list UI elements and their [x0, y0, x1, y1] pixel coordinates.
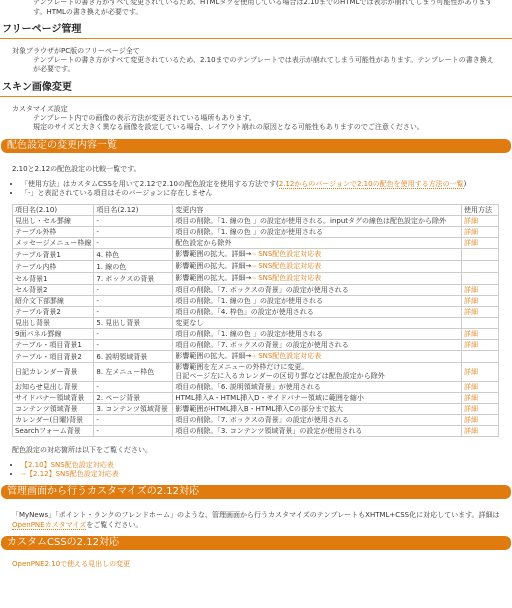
cell-usage: 詳細: [462, 216, 499, 227]
cell-usage: [462, 318, 499, 329]
cell-usage: 詳細: [462, 227, 499, 238]
table-row: テーブル外枠-項目の削除。「1. 線の色 」の設定が使用される詳細: [13, 227, 499, 238]
cell-usage: 詳細: [462, 382, 499, 393]
table-row: テーブル背景14. 枠色影響範囲の拡大。詳細→⇨ SNS配色設定対応表: [13, 249, 499, 261]
cell-change: 影響範囲の拡大。詳細→⇨ SNS配色設定対応表: [173, 273, 462, 285]
cell-name-212: -: [94, 382, 173, 393]
table-body: 見出し・セル罫線-項目の削除。「1. 線の色 」の設定が使用される。inputタ…: [13, 216, 499, 437]
cell-usage: [462, 261, 499, 273]
cell-name-212: -: [94, 340, 173, 351]
cell-change: 項目の削除。「1. 線の色 」の設定が使用される。inputタグの線色は配色設定…: [173, 216, 462, 227]
cell-change: 項目の削除。「7. ボックスの背景」の設定が使用される: [173, 340, 462, 351]
change-text: 影響範囲の拡大。詳細→: [175, 250, 251, 258]
cell-change: 影響範囲がHTML挿入B・HTML挿入Cの部分まで拡大: [173, 404, 462, 415]
change-text: 変更なし: [175, 319, 203, 327]
change-text: 項目の削除。「3. コンテンツ領域背景」の設定が使用される: [175, 427, 362, 435]
sns-color-map-link[interactable]: SNS配色設定対応表: [258, 352, 321, 360]
cell-change: 影響範囲を左メニューの外枠だけに変更。日記ページ左に入るカレンダーの区切り罫など…: [173, 363, 462, 382]
cell-name-212: -: [94, 227, 173, 238]
sns-color-map-link[interactable]: SNS配色設定対応表: [258, 262, 321, 270]
cell-usage: 詳細: [462, 285, 499, 296]
cell-name-210: 日記カレンダー背景: [13, 363, 94, 382]
cell-name-212: -: [94, 329, 173, 340]
header-usage: 使用方法: [462, 205, 499, 216]
cell-name-210: テーブル背景1: [13, 249, 94, 261]
change-text: 項目の削除。「7. ボックスの背景」の設定が使用される: [175, 286, 348, 294]
cell-change: 項目の削除。「3. コンテンツ領域背景」の設定が使用される: [173, 426, 462, 437]
cell-change: 項目の削除。「1. 線の色 」の設定が使用される: [173, 329, 462, 340]
table-header-row: 項目名(2.10) 項目名(2.12) 変更内容 使用方法: [13, 205, 499, 216]
change-text: 項目の削除。「1. 線の色 」の設定が使用される。inputタグの線色は配色設定…: [175, 217, 446, 225]
change-text: 影響範囲を左メニューの外枠だけに変更。: [175, 363, 308, 371]
cell-change: 項目の削除。「7. ボックスの背景」の設定が使用される: [173, 285, 462, 296]
table-row: テーブル背景2-項目の削除。「4. 枠色」の設定が使用される詳細: [13, 307, 499, 318]
detail-link[interactable]: 詳細: [464, 427, 478, 435]
cell-name-210: セル背景2: [13, 285, 94, 296]
cell-usage: 詳細: [462, 404, 499, 415]
detail-link[interactable]: 詳細: [464, 368, 478, 376]
cell-name-210: 見出し・セル罫線: [13, 216, 94, 227]
cell-name-210: カレンダー(日曜)背景: [13, 415, 94, 426]
list-item: ⇨【2.12】SNS配色設定対応表: [21, 470, 512, 479]
color-note-dash: 「-」と表記されている項目はそのバージョンに存在しません: [21, 189, 512, 198]
color-map-links: 【2.10】SNS配色設定対応表 ⇨【2.12】SNS配色設定対応表: [0, 461, 512, 479]
cell-change: 項目の削除。「4. 枠色」の設定が使用される: [173, 307, 462, 318]
cell-usage: 詳細: [462, 307, 499, 318]
change-text: 配色設定から除外: [175, 239, 231, 247]
detail-link[interactable]: 詳細: [464, 286, 478, 294]
cell-name-210: テーブル・項目背景1: [13, 340, 94, 351]
cell-name-210: 9面パネル罫線: [13, 329, 94, 340]
cell-usage: 詳細: [462, 340, 499, 351]
heading-skin-image: スキン画像変更: [0, 81, 512, 97]
cell-name-212: -: [94, 296, 173, 307]
header-name-210: 項目名(2.10): [13, 205, 94, 216]
change-text: 項目の削除。「1. 線の色 」の設定が使用される: [175, 330, 323, 338]
change-text-2: 日記ページ左に入るカレンダーの区切り罫などは配色設定から除外: [175, 372, 384, 380]
change-text: 項目の削除。「1. 線の色 」の設定が使用される: [175, 228, 323, 236]
cell-name-210: Searchフォーム背景: [13, 426, 94, 437]
detail-link[interactable]: 詳細: [464, 383, 478, 391]
cell-name-212: 8. 左メニュー枠色: [94, 363, 173, 382]
cell-usage: 詳細: [462, 296, 499, 307]
color-after-text: 配色設定の対応箇所は以下をご覧ください。: [0, 445, 512, 455]
table-row: テーブル・項目背景26. 説明領域背景影響範囲の拡大。詳細→⇨ SNS配色設定対…: [13, 351, 499, 363]
cell-usage: 詳細: [462, 329, 499, 340]
cell-usage: [462, 273, 499, 285]
skin-image-desc2: 規定のサイズと大きく異なる画像を設定している場合、レイアウト崩れの原因となる可能…: [0, 123, 512, 132]
table-row: テーブル・項目背景1-項目の削除。「7. ボックスの背景」の設定が使用される詳細: [13, 340, 499, 351]
cell-change: 影響範囲の拡大。詳細→⇨ SNS配色設定対応表: [173, 261, 462, 273]
table-row: カレンダー(日曜)背景-項目の削除。「7. ボックスの背景」の設定が使用される詳…: [13, 415, 499, 426]
cell-name-212: -: [94, 216, 173, 227]
table-row: テーブル内枠1. 線の色影響範囲の拡大。詳細→⇨ SNS配色設定対応表: [13, 261, 499, 273]
free-page-term: 対象ブラウザがPC版のフリーページ全て: [0, 47, 512, 56]
cell-change: 項目の削除。「6. 説明領域背景」が使用される: [173, 382, 462, 393]
detail-link[interactable]: 詳細: [464, 217, 478, 225]
table-row: 日記カレンダー背景8. 左メニュー枠色影響範囲を左メニューの外枠だけに変更。日記…: [13, 363, 499, 382]
cell-name-212: 5. 見出し背景: [94, 318, 173, 329]
sns-color-map-link[interactable]: SNS配色設定対応表: [258, 274, 321, 282]
cell-name-212: -: [94, 415, 173, 426]
free-page-desc1: テンプレートの書き方がすべて変更されているため、2.10までのテンプレートでは表…: [0, 56, 512, 65]
detail-link[interactable]: 詳細: [464, 297, 478, 305]
heading-admin-customize: 管理画面から行うカスタマイズの2.12対応: [1, 485, 511, 499]
cell-name-212: -: [94, 307, 173, 318]
heading-custom-css: カスタムCSSの2.12対応: [1, 536, 511, 550]
template-note-line2: す。HTMLの書き換えが必要です。: [0, 7, 512, 17]
cell-name-210: テーブル内枠: [13, 261, 94, 273]
cell-change: 影響範囲の拡大。詳細→⇨ SNS配色設定対応表: [173, 249, 462, 261]
table-row: 見出し背景5. 見出し背景 変更なし: [13, 318, 499, 329]
detail-link[interactable]: 詳細: [464, 228, 478, 236]
change-text: 影響範囲がHTML挿入B・HTML挿入Cの部分まで拡大: [175, 405, 343, 413]
cell-usage: 詳細: [462, 415, 499, 426]
cell-name-212: 7. ボックスの背景: [94, 273, 173, 285]
detail-link[interactable]: 詳細: [464, 416, 478, 424]
table-row: お知らせ見出し背景-項目の削除。「6. 説明領域背景」が使用される詳細: [13, 382, 499, 393]
table-row: Searchフォーム背景-項目の削除。「3. コンテンツ領域背景」の設定が使用さ…: [13, 426, 499, 437]
cell-name-212: 6. 説明領域背景: [94, 351, 173, 363]
table-row: コンテンツ領域背景3. コンテンツ領域背景影響範囲がHTML挿入B・HTML挿入…: [13, 404, 499, 415]
detail-link[interactable]: 詳細: [464, 341, 478, 349]
cell-name-212: -: [94, 426, 173, 437]
heading-color-changes: 配色設定の変更内容一覧: [1, 139, 511, 153]
cell-usage: 詳細: [462, 393, 499, 404]
heading-free-page: フリーページ管理: [0, 23, 512, 39]
cell-usage: 詳細: [462, 238, 499, 249]
detail-link[interactable]: 詳細: [464, 394, 478, 402]
cell-change: 項目の削除。「1. 線の色 」の設定が使用される: [173, 296, 462, 307]
detail-link[interactable]: 詳細: [464, 405, 478, 413]
table-row: セル背景17. ボックスの背景影響範囲の拡大。詳細→⇨ SNS配色設定対応表: [13, 273, 499, 285]
cell-name-210: メッセージメニュー枠線: [13, 238, 94, 249]
cell-name-210: テーブル・項目背景2: [13, 351, 94, 363]
detail-link[interactable]: 詳細: [464, 239, 478, 247]
table-row: サイドバナー領域背景2. ページ背景HTML挿入A・HTML挿入D・サイドバナー…: [13, 393, 499, 404]
change-text: 項目の削除。「6. 説明領域背景」が使用される: [175, 383, 320, 391]
custom-css-link-line: OpenPNE2.10で使える見出しの変更: [0, 559, 512, 569]
cell-name-210: コンテンツ領域背景: [13, 404, 94, 415]
sns-color-map-link[interactable]: SNS配色設定対応表: [258, 250, 321, 258]
change-text: 項目の削除。「7. ボックスの背景」の設定が使用される: [175, 416, 348, 424]
cell-name-212: 2. ページ背景: [94, 393, 173, 404]
cell-name-210: 見出し背景: [13, 318, 94, 329]
cell-change: 配色設定から除外: [173, 238, 462, 249]
cell-name-212: 4. 枠色: [94, 249, 173, 261]
cell-change: 項目の削除。「7. ボックスの背景」の設定が使用される: [173, 415, 462, 426]
template-note-line1: テンプレートの書き方がすべて変更されているため、HTMLタグを使用している場合は…: [0, 0, 512, 7]
cell-name-210: お知らせ見出し背景: [13, 382, 94, 393]
change-text: 影響範囲の拡大。詳細→: [175, 352, 251, 360]
page-content: テンプレートの書き方がすべて変更されているため、HTMLタグを使用している場合は…: [0, 0, 512, 569]
change-text: 項目の削除。「1. 線の色 」の設定が使用される: [175, 297, 323, 305]
cell-change: 項目の削除。「1. 線の色 」の設定が使用される: [173, 227, 462, 238]
cell-change: 変更なし: [173, 318, 462, 329]
sns-color-map-212-link[interactable]: 【2.12】SNS配色設定対応表: [26, 470, 119, 478]
cell-name-210: サイドバナー領域背景: [13, 393, 94, 404]
color-note-usage: 「使用方法」はカスタムCSSを用いて2.12で2.10の配色設定を使用する方法で…: [21, 180, 512, 189]
cell-usage: 詳細: [462, 363, 499, 382]
list-item: 【2.10】SNS配色設定対応表: [21, 461, 512, 470]
header-change: 変更内容: [173, 205, 462, 216]
cell-usage: [462, 351, 499, 363]
table-row: 9面パネル罫線-項目の削除。「1. 線の色 」の設定が使用される詳細: [13, 329, 499, 340]
usage-list-link[interactable]: 2.12からのバージョンで2.10の配色を使用する方法の一覧: [279, 180, 464, 189]
color-notes: 「使用方法」はカスタムCSSを用いて2.12で2.10の配色設定を使用する方法で…: [0, 180, 512, 198]
cell-name-212: -: [94, 238, 173, 249]
change-text: 項目の削除。「4. 枠色」の設定が使用される: [175, 308, 313, 316]
cell-usage: 詳細: [462, 426, 499, 437]
table-row: 見出し・セル罫線-項目の削除。「1. 線の色 」の設定が使用される。inputタ…: [13, 216, 499, 227]
change-text: HTML挿入A・HTML挿入D・サイドバナー領域に範囲を縮小: [175, 394, 364, 402]
table-row: メッセージメニュー枠線-配色設定から除外詳細: [13, 238, 499, 249]
cell-usage: [462, 249, 499, 261]
cell-change: HTML挿入A・HTML挿入D・サイドバナー領域に範囲を縮小: [173, 393, 462, 404]
cell-name-212: 3. コンテンツ領域背景: [94, 404, 173, 415]
openpne-customize-link[interactable]: OpenPNEカスタマイズ: [12, 521, 86, 530]
cell-name-210: テーブル背景2: [13, 307, 94, 318]
color-intro: 2.10と2.12の配色設定の比較一覧です。: [0, 164, 512, 174]
cell-name-210: 紹介文下部罫線: [13, 296, 94, 307]
change-text: 影響範囲の拡大。詳細→: [175, 274, 251, 282]
skin-image-desc1: テンプレート内での画像の表示方法が変更されている場所もあります。: [0, 114, 512, 123]
cell-name-212: -: [94, 285, 173, 296]
free-page-desc2: が必要です。: [0, 65, 512, 74]
table-row: セル背景2-項目の削除。「7. ボックスの背景」の設定が使用される詳細: [13, 285, 499, 296]
detail-link[interactable]: 詳細: [464, 308, 478, 316]
cell-name-212: 1. 線の色: [94, 261, 173, 273]
sns-color-map-210-link[interactable]: 【2.10】SNS配色設定対応表: [21, 461, 114, 469]
header-name-212: 項目名(2.12): [94, 205, 173, 216]
admin-customize-text: 「MyNews」「ポイント・ランクのフレンドホーム」のような、管理画面から行うカ…: [0, 510, 512, 530]
detail-link[interactable]: 詳細: [464, 330, 478, 338]
table-row: 紹介文下部罫線-項目の削除。「1. 線の色 」の設定が使用される詳細: [13, 296, 499, 307]
heading-change-link[interactable]: OpenPNE2.10で使える見出しの変更: [12, 560, 130, 568]
cell-change: 影響範囲の拡大。詳細→⇨ SNS配色設定対応表: [173, 351, 462, 363]
color-comparison-table: 項目名(2.10) 項目名(2.12) 変更内容 使用方法 見出し・セル罫線-項…: [12, 204, 499, 437]
skin-image-term: カスタマイズ設定: [0, 105, 512, 114]
cell-name-210: セル背景1: [13, 273, 94, 285]
change-text: 項目の削除。「7. ボックスの背景」の設定が使用される: [175, 341, 348, 349]
change-text: 影響範囲の拡大。詳細→: [175, 262, 251, 270]
cell-name-210: テーブル外枠: [13, 227, 94, 238]
